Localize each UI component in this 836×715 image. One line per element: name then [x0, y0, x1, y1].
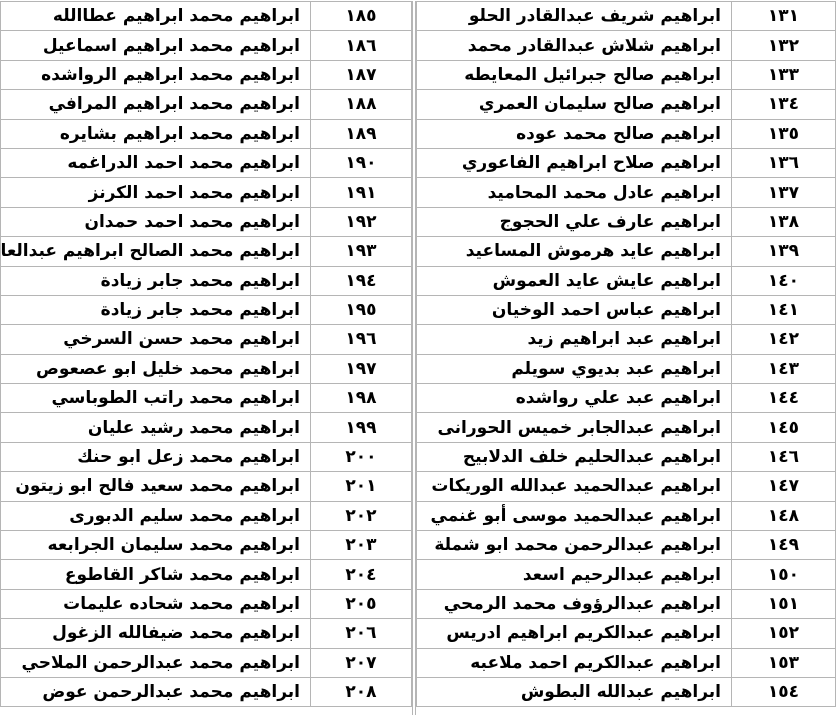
- row-number: ١٣٦: [732, 148, 836, 177]
- row-number: ١٣٧: [732, 178, 836, 207]
- row-number: ١٩٥: [311, 295, 412, 324]
- row-number: ١٥٤: [732, 677, 836, 706]
- table-row: ١٥١ابراهيم عبدالرؤوف محمد الرمحي: [417, 589, 836, 618]
- person-name: ابراهيم عبدالله البطوش: [417, 677, 732, 706]
- row-number: ١٣٩: [732, 237, 836, 266]
- row-number: ١٤٢: [732, 325, 836, 354]
- row-number: ١٤٩: [732, 531, 836, 560]
- row-number: ١٩٠: [311, 148, 412, 177]
- table-row: ١٤٨ابراهيم عبدالحميد موسى أبو غنمي: [417, 501, 836, 530]
- table-row: ١٨٦ابراهيم محمد ابراهيم اسماعيل: [1, 31, 412, 60]
- table-row: ٢٠١ابراهيم محمد سعيد فالح ابو زيتون: [1, 472, 412, 501]
- table-row: ١٤٠ابراهيم عايش عايد العموش: [417, 266, 836, 295]
- row-number: ١٥٢: [732, 619, 836, 648]
- table-row: ١٥٣ابراهيم عبدالكريم احمد ملاعبه: [417, 648, 836, 677]
- person-name: ابراهيم محمد سعيد فالح ابو زيتون: [1, 472, 311, 501]
- row-number: ١٨٩: [311, 119, 412, 148]
- table-row: ١٩٢ابراهيم محمد احمد حمدان: [1, 207, 412, 236]
- table-row: ١٤٥ابراهيم عبدالجابر خميس الحورانى: [417, 413, 836, 442]
- row-number: ١٩٩: [311, 413, 412, 442]
- names-list-page: ١٨٥ابراهيم محمد ابراهيم عطاالله١٨٦ابراهي…: [0, 1, 836, 715]
- person-name: ابراهيم عادل محمد المحاميد: [417, 178, 732, 207]
- table-row: ١٣٦ابراهيم صلاح ابراهيم الفاعوري: [417, 148, 836, 177]
- table-row: ١٤٣ابراهيم عبد بديوي سويلم: [417, 354, 836, 383]
- person-name: ابراهيم محمد عبدالرحمن عوض: [1, 677, 311, 706]
- row-number: ١٣٢: [732, 31, 836, 60]
- table-row: ١٨٧ابراهيم محمد ابراهيم الرواشده: [1, 60, 412, 89]
- row-number: ١٩٤: [311, 266, 412, 295]
- table-row: ١٤٩ابراهيم عبدالرحمن محمد ابو شملة: [417, 531, 836, 560]
- person-name: ابراهيم عبدالرؤوف محمد الرمحي: [417, 589, 732, 618]
- table-row: ١٩٧ابراهيم محمد خليل ابو عصعوص: [1, 354, 412, 383]
- table-row: ١٣٢ابراهيم شلاش عبدالقادر محمد: [417, 31, 836, 60]
- person-name: ابراهيم عبد ابراهيم زيد: [417, 325, 732, 354]
- person-name: ابراهيم شلاش عبدالقادر محمد: [417, 31, 732, 60]
- row-number: ١٤٧: [732, 472, 836, 501]
- person-name: ابراهيم عبد علي رواشده: [417, 384, 732, 413]
- person-name: ابراهيم محمد سليمان الجرابعه: [1, 531, 311, 560]
- table-row: ١٩٥ابراهيم محمد جابر زيادة: [1, 295, 412, 324]
- person-name: ابراهيم محمد جابر زيادة: [1, 266, 311, 295]
- table-row: ١٨٥ابراهيم محمد ابراهيم عطاالله: [1, 2, 412, 31]
- row-number: ١٤١: [732, 295, 836, 324]
- table-row: ٢٠٦ابراهيم محمد ضيفالله الزغول: [1, 619, 412, 648]
- person-name: ابراهيم محمد احمد الدراغمه: [1, 148, 311, 177]
- row-number: ١٩٧: [311, 354, 412, 383]
- person-name: ابراهيم صالح محمد عوده: [417, 119, 732, 148]
- person-name: ابراهيم عارف علي الحجوج: [417, 207, 732, 236]
- person-name: ابراهيم عايش عايد العموش: [417, 266, 732, 295]
- table-row: ١٥٤ابراهيم عبدالله البطوش: [417, 677, 836, 706]
- table-row: ١٤٦ابراهيم عبدالحليم خلف الدلابيح: [417, 442, 836, 471]
- person-name: ابراهيم محمد رشيد عليان: [1, 413, 311, 442]
- person-name: ابراهيم محمد شحاده عليمات: [1, 589, 311, 618]
- row-number: ٢٠٨: [311, 677, 412, 706]
- person-name: ابراهيم محمد ابراهيم المرافي: [1, 90, 311, 119]
- person-name: ابراهيم محمد احمد حمدان: [1, 207, 311, 236]
- person-name: ابراهيم محمد عبدالرحمن الملاحي: [1, 648, 311, 677]
- table-row: ١٣٨ابراهيم عارف علي الحجوج: [417, 207, 836, 236]
- person-name: ابراهيم محمد ابراهيم اسماعيل: [1, 31, 311, 60]
- person-name: ابراهيم عبدالرحيم اسعد: [417, 560, 732, 589]
- person-name: ابراهيم عبدالحميد عبدالله الوريكات: [417, 472, 732, 501]
- row-number: ١٨٦: [311, 31, 412, 60]
- table-row: ١٣٩ابراهيم عايد هرموش المساعيد: [417, 237, 836, 266]
- row-number: ٢٠٧: [311, 648, 412, 677]
- row-number: ١٤٤: [732, 384, 836, 413]
- right-table-body: ١٣١ابراهيم شريف عبدالقادر الحلو١٣٢ابراهي…: [417, 2, 836, 707]
- person-name: ابراهيم عبدالكريم احمد ملاعبه: [417, 648, 732, 677]
- row-number: ١٣٥: [732, 119, 836, 148]
- left-table-body: ١٨٥ابراهيم محمد ابراهيم عطاالله١٨٦ابراهي…: [1, 2, 412, 707]
- table-row: ١٥٢ابراهيم عبدالكريم ابراهيم ادريس: [417, 619, 836, 648]
- person-name: ابراهيم عبدالكريم ابراهيم ادريس: [417, 619, 732, 648]
- person-name: ابراهيم محمد احمد الكرنز: [1, 178, 311, 207]
- row-number: ١٣١: [732, 2, 836, 31]
- table-row: ١٣٤ابراهيم صالح سليمان العمري: [417, 90, 836, 119]
- person-name: ابراهيم عبدالجابر خميس الحورانى: [417, 413, 732, 442]
- table-row: ١٩٠ابراهيم محمد احمد الدراغمه: [1, 148, 412, 177]
- row-number: ١٤٣: [732, 354, 836, 383]
- person-name: ابراهيم صلاح ابراهيم الفاعوري: [417, 148, 732, 177]
- row-number: ٢٠٣: [311, 531, 412, 560]
- person-name: ابراهيم محمد شاكر القاطوع: [1, 560, 311, 589]
- row-number: ١٩٦: [311, 325, 412, 354]
- person-name: ابراهيم عبدالرحمن محمد ابو شملة: [417, 531, 732, 560]
- left-names-table: ١٨٥ابراهيم محمد ابراهيم عطاالله١٨٦ابراهي…: [0, 1, 412, 707]
- table-row: ٢٠٤ابراهيم محمد شاكر القاطوع: [1, 560, 412, 589]
- row-number: ١٩٣: [311, 237, 412, 266]
- person-name: ابراهيم محمد سليم الدبورى: [1, 501, 311, 530]
- person-name: ابراهيم محمد ضيفالله الزغول: [1, 619, 311, 648]
- row-number: ١٥٠: [732, 560, 836, 589]
- row-number: ١٩١: [311, 178, 412, 207]
- table-row: ١٤٢ابراهيم عبد ابراهيم زيد: [417, 325, 836, 354]
- table-row: ١٩٣ابراهيم محمد الصالح ابراهيم عبدالعال: [1, 237, 412, 266]
- table-row: ١٨٩ابراهيم محمد ابراهيم بشايره: [1, 119, 412, 148]
- person-name: ابراهيم محمد حسن السرخي: [1, 325, 311, 354]
- table-row: ١٩٩ابراهيم محمد رشيد عليان: [1, 413, 412, 442]
- table-row: ١٩٤ابراهيم محمد جابر زيادة: [1, 266, 412, 295]
- table-row: ١٩٦ابراهيم محمد حسن السرخي: [1, 325, 412, 354]
- row-number: ١٤٨: [732, 501, 836, 530]
- table-row: ١٤٧ابراهيم عبدالحميد عبدالله الوريكات: [417, 472, 836, 501]
- person-name: ابراهيم محمد راتب الطوباسي: [1, 384, 311, 413]
- right-names-table: ١٣١ابراهيم شريف عبدالقادر الحلو١٣٢ابراهي…: [416, 1, 836, 707]
- row-number: ١٣٣: [732, 60, 836, 89]
- table-row: ٢٠٧ابراهيم محمد عبدالرحمن الملاحي: [1, 648, 412, 677]
- row-number: ١٨٨: [311, 90, 412, 119]
- table-row: ١٥٠ابراهيم عبدالرحيم اسعد: [417, 560, 836, 589]
- person-name: ابراهيم محمد ابراهيم الرواشده: [1, 60, 311, 89]
- table-row: ٢٠٢ابراهيم محمد سليم الدبورى: [1, 501, 412, 530]
- row-number: ٢٠٢: [311, 501, 412, 530]
- row-number: ١٨٧: [311, 60, 412, 89]
- table-row: ١٩٨ابراهيم محمد راتب الطوباسي: [1, 384, 412, 413]
- row-number: ١٩٢: [311, 207, 412, 236]
- table-row: ١٣١ابراهيم شريف عبدالقادر الحلو: [417, 2, 836, 31]
- person-name: ابراهيم محمد جابر زيادة: [1, 295, 311, 324]
- person-name: ابراهيم محمد زعل ابو حنك: [1, 442, 311, 471]
- person-name: ابراهيم محمد الصالح ابراهيم عبدالعال: [1, 237, 311, 266]
- person-name: ابراهيم محمد خليل ابو عصعوص: [1, 354, 311, 383]
- row-number: ٢٠٠: [311, 442, 412, 471]
- table-row: ١٣٧ابراهيم عادل محمد المحاميد: [417, 178, 836, 207]
- table-row: ١٤٤ابراهيم عبد علي رواشده: [417, 384, 836, 413]
- row-number: ٢٠٦: [311, 619, 412, 648]
- row-number: ١٣٤: [732, 90, 836, 119]
- row-number: ٢٠٤: [311, 560, 412, 589]
- table-row: ٢٠٠ابراهيم محمد زعل ابو حنك: [1, 442, 412, 471]
- row-number: ١٣٨: [732, 207, 836, 236]
- row-number: ١٨٥: [311, 2, 412, 31]
- row-number: ١٤٥: [732, 413, 836, 442]
- person-name: ابراهيم محمد ابراهيم بشايره: [1, 119, 311, 148]
- table-row: ١٣٥ابراهيم صالح محمد عوده: [417, 119, 836, 148]
- person-name: ابراهيم عبدالحميد موسى أبو غنمي: [417, 501, 732, 530]
- row-number: ١٤٦: [732, 442, 836, 471]
- person-name: ابراهيم صالح سليمان العمري: [417, 90, 732, 119]
- row-number: ١٩٨: [311, 384, 412, 413]
- person-name: ابراهيم عايد هرموش المساعيد: [417, 237, 732, 266]
- table-row: ٢٠٨ابراهيم محمد عبدالرحمن عوض: [1, 677, 412, 706]
- row-number: ١٤٠: [732, 266, 836, 295]
- table-row: ١٤١ابراهيم عباس احمد الوخيان: [417, 295, 836, 324]
- person-name: ابراهيم شريف عبدالقادر الحلو: [417, 2, 732, 31]
- table-row: ١٨٨ابراهيم محمد ابراهيم المرافي: [1, 90, 412, 119]
- person-name: ابراهيم عبدالحليم خلف الدلابيح: [417, 442, 732, 471]
- person-name: ابراهيم صالح جبرائيل المعايطه: [417, 60, 732, 89]
- person-name: ابراهيم عباس احمد الوخيان: [417, 295, 732, 324]
- table-row: ١٩١ابراهيم محمد احمد الكرنز: [1, 178, 412, 207]
- person-name: ابراهيم محمد ابراهيم عطاالله: [1, 2, 311, 31]
- person-name: ابراهيم عبد بديوي سويلم: [417, 354, 732, 383]
- table-row: ١٣٣ابراهيم صالح جبرائيل المعايطه: [417, 60, 836, 89]
- table-row: ٢٠٥ابراهيم محمد شحاده عليمات: [1, 589, 412, 618]
- table-row: ٢٠٣ابراهيم محمد سليمان الجرابعه: [1, 531, 412, 560]
- row-number: ١٥١: [732, 589, 836, 618]
- row-number: ١٥٣: [732, 648, 836, 677]
- row-number: ٢٠١: [311, 472, 412, 501]
- row-number: ٢٠٥: [311, 589, 412, 618]
